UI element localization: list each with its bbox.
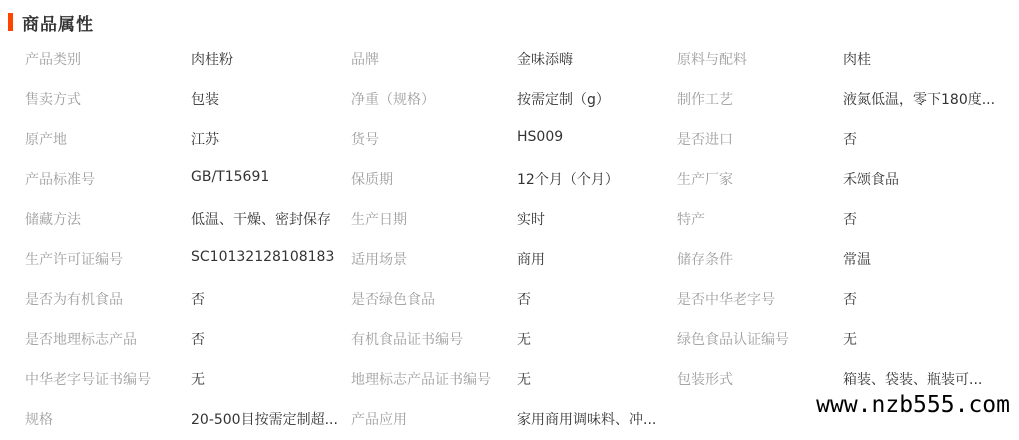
attribute-value: 低温、干燥、密封保存 <box>191 209 331 229</box>
attribute-value: 包装 <box>191 89 219 109</box>
attribute-label: 售卖方式 <box>25 89 191 109</box>
attribute-cell: 售卖方式包装 <box>25 89 351 109</box>
attribute-cell: 特产否 <box>677 209 1003 229</box>
product-attributes-panel: 商品属性 产品类别肉桂粉品牌金味添嗨原料与配料肉桂售卖方式包装净重（规格）按需定… <box>0 0 1019 440</box>
attribute-value: 否 <box>191 289 205 309</box>
attribute-label: 产品应用 <box>351 409 517 429</box>
attribute-cell: 货号HS009 <box>351 129 677 149</box>
section-title: 商品属性 <box>22 10 94 35</box>
attribute-cell: 包装形式箱装、袋装、瓶装可... <box>677 369 1003 389</box>
attribute-cell: 地理标志产品证书编号无 <box>351 369 677 389</box>
attribute-row: 产品类别肉桂粉品牌金味添嗨原料与配料肉桂 <box>0 39 1019 79</box>
attribute-value: 常温 <box>843 249 871 269</box>
section-accent-bar <box>8 13 13 31</box>
attribute-value: 按需定制（g） <box>517 89 610 109</box>
attribute-cell: 是否中华老字号否 <box>677 289 1003 309</box>
attribute-value: 无 <box>517 369 531 389</box>
attribute-cell: 原料与配料肉桂 <box>677 49 1003 69</box>
attribute-value: SC10132128108183 <box>191 249 334 269</box>
attribute-cell: 储存条件常温 <box>677 249 1003 269</box>
attribute-cell: 储藏方法低温、干燥、密封保存 <box>25 209 351 229</box>
attribute-cell: 规格20-500目按需定制超... <box>25 409 351 429</box>
attribute-value: 否 <box>517 289 531 309</box>
attribute-value: 20-500目按需定制超... <box>191 409 338 429</box>
attribute-value: 商用 <box>517 249 545 269</box>
attribute-label: 品牌 <box>351 49 517 69</box>
attribute-cell: 产品类别肉桂粉 <box>25 49 351 69</box>
attribute-label: 制作工艺 <box>677 89 843 109</box>
attribute-value: 无 <box>843 329 857 349</box>
attribute-label: 储藏方法 <box>25 209 191 229</box>
attribute-value: 液氮低温，零下180度... <box>843 89 995 109</box>
attribute-cell: 适用场景商用 <box>351 249 677 269</box>
attribute-cell: 制作工艺液氮低温，零下180度... <box>677 89 1003 109</box>
attribute-row: 是否为有机食品否是否绿色食品否是否中华老字号否 <box>0 279 1019 319</box>
attribute-label: 包装形式 <box>677 369 843 389</box>
attribute-value: GB/T15691 <box>191 169 269 189</box>
attribute-label: 货号 <box>351 129 517 149</box>
watermark-text: www.nzb555.com <box>816 392 1010 418</box>
attribute-value: 否 <box>843 289 857 309</box>
attribute-cell: 是否地理标志产品否 <box>25 329 351 349</box>
attribute-row: 售卖方式包装净重（规格）按需定制（g）制作工艺液氮低温，零下180度... <box>0 79 1019 119</box>
attribute-cell: 产品标准号GB/T15691 <box>25 169 351 189</box>
attribute-label: 产品标准号 <box>25 169 191 189</box>
attribute-label: 是否进口 <box>677 129 843 149</box>
attribute-row: 原产地江苏货号HS009是否进口否 <box>0 119 1019 159</box>
attribute-label: 生产厂家 <box>677 169 843 189</box>
attribute-cell: 是否绿色食品否 <box>351 289 677 309</box>
attribute-cell: 是否进口否 <box>677 129 1003 149</box>
attribute-label: 生产许可证编号 <box>25 249 191 269</box>
attribute-label: 绿色食品认证编号 <box>677 329 843 349</box>
attribute-label: 原产地 <box>25 129 191 149</box>
attribute-label: 保质期 <box>351 169 517 189</box>
attribute-cell: 原产地江苏 <box>25 129 351 149</box>
attribute-label: 是否为有机食品 <box>25 289 191 309</box>
attribute-label: 有机食品证书编号 <box>351 329 517 349</box>
attribute-cell: 绿色食品认证编号无 <box>677 329 1003 349</box>
attribute-cell: 中华老字号证书编号无 <box>25 369 351 389</box>
attribute-value: 无 <box>517 329 531 349</box>
attribute-value: 否 <box>843 209 857 229</box>
attribute-label: 储存条件 <box>677 249 843 269</box>
attribute-value: HS009 <box>517 129 563 149</box>
attribute-cell: 是否为有机食品否 <box>25 289 351 309</box>
attribute-row: 生产许可证编号SC10132128108183适用场景商用储存条件常温 <box>0 239 1019 279</box>
attribute-cell: 生产许可证编号SC10132128108183 <box>25 249 351 269</box>
attribute-label: 原料与配料 <box>677 49 843 69</box>
attribute-label: 是否地理标志产品 <box>25 329 191 349</box>
attribute-row: 储藏方法低温、干燥、密封保存生产日期实时特产否 <box>0 199 1019 239</box>
attribute-value: 禾颂食品 <box>843 169 899 189</box>
attribute-label: 净重（规格） <box>351 89 517 109</box>
attribute-value: 家用商用调味料、冲... <box>517 409 656 429</box>
attribute-value: 箱装、袋装、瓶装可... <box>843 369 982 389</box>
section-header: 商品属性 <box>8 11 1019 33</box>
attribute-value: 无 <box>191 369 205 389</box>
attribute-value: 肉桂粉 <box>191 49 233 69</box>
attribute-label: 生产日期 <box>351 209 517 229</box>
attribute-value: 否 <box>843 129 857 149</box>
attribute-label: 适用场景 <box>351 249 517 269</box>
attribute-label: 地理标志产品证书编号 <box>351 369 517 389</box>
attributes-table: 产品类别肉桂粉品牌金味添嗨原料与配料肉桂售卖方式包装净重（规格）按需定制（g）制… <box>0 39 1019 439</box>
attribute-value: 12个月（个月） <box>517 169 619 189</box>
attribute-label: 是否中华老字号 <box>677 289 843 309</box>
attribute-cell: 产品应用家用商用调味料、冲... <box>351 409 677 429</box>
attribute-label: 产品类别 <box>25 49 191 69</box>
attribute-cell: 净重（规格）按需定制（g） <box>351 89 677 109</box>
attribute-value: 实时 <box>517 209 545 229</box>
attribute-value: 金味添嗨 <box>517 49 573 69</box>
attribute-cell: 有机食品证书编号无 <box>351 329 677 349</box>
attribute-label: 中华老字号证书编号 <box>25 369 191 389</box>
attribute-cell: 品牌金味添嗨 <box>351 49 677 69</box>
attribute-cell: 生产厂家禾颂食品 <box>677 169 1003 189</box>
attribute-label: 特产 <box>677 209 843 229</box>
attribute-cell: 保质期12个月（个月） <box>351 169 677 189</box>
attribute-row: 是否地理标志产品否有机食品证书编号无绿色食品认证编号无 <box>0 319 1019 359</box>
attribute-row: 产品标准号GB/T15691保质期12个月（个月）生产厂家禾颂食品 <box>0 159 1019 199</box>
attribute-value: 否 <box>191 329 205 349</box>
attribute-label: 是否绿色食品 <box>351 289 517 309</box>
attribute-value: 江苏 <box>191 129 219 149</box>
attribute-label: 规格 <box>25 409 191 429</box>
attribute-value: 肉桂 <box>843 49 871 69</box>
attribute-cell: 生产日期实时 <box>351 209 677 229</box>
